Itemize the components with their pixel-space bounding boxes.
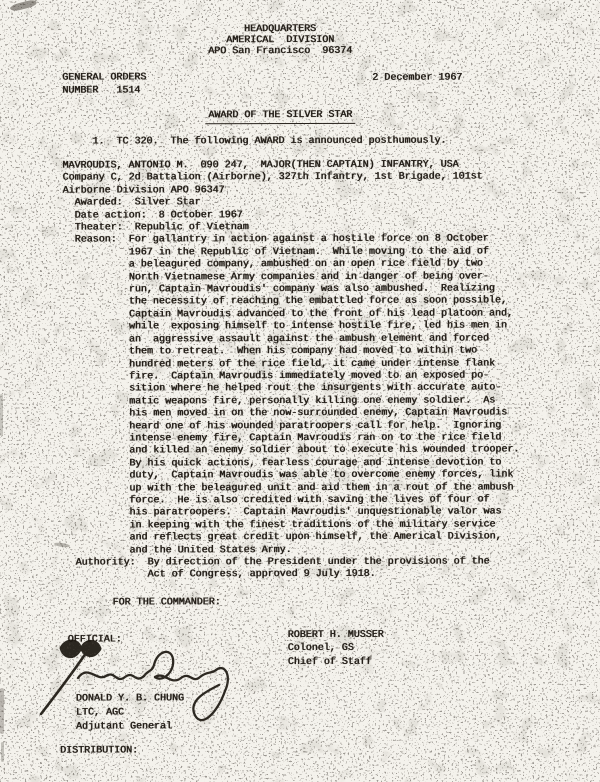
- general-orders-number: GENERAL ORDERS NUMBER 1514: [62, 72, 146, 97]
- chief-of-staff-block: ROBERT H. MUSSER Colonel, GS Chief of St…: [288, 629, 384, 669]
- for-the-commander-line: FOR THE COMMANDER:: [113, 597, 221, 610]
- letterhead: HEADQUARTERS AMERICAL DIVISION APO San F…: [0, 24, 561, 58]
- document-title: AWARD OF THE SILVER STAR: [0, 109, 561, 125]
- signature-image: [28, 634, 256, 752]
- citation-body: MAVROUDIS, ANTONIO M. 090 247, MAJOR(THE…: [62, 159, 519, 582]
- order-date: 2 December 1967: [372, 73, 462, 86]
- document-title-text: AWARD OF THE SILVER STAR: [205, 110, 355, 125]
- document-page: HEADQUARTERS AMERICAL DIVISION APO San F…: [0, 0, 600, 782]
- announcement-paragraph: 1. TC 320. The following AWARD is announ…: [62, 136, 446, 149]
